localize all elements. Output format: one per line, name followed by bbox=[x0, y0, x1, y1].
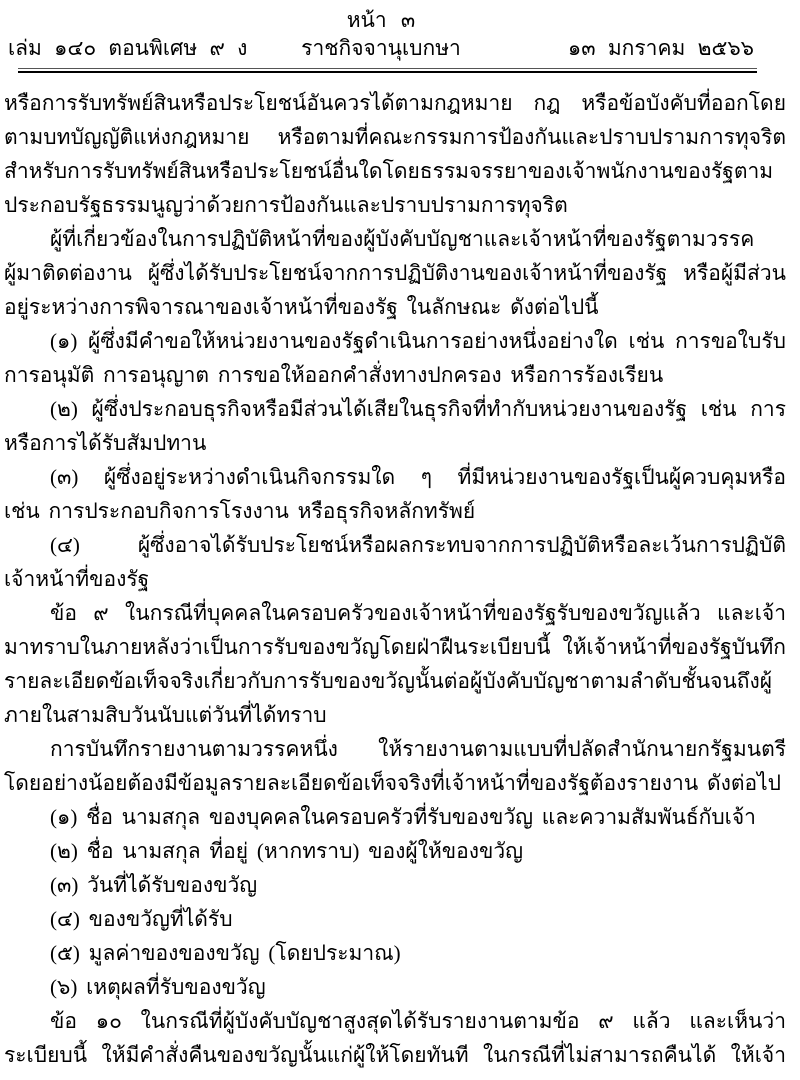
volume-issue: เล่ม ๑๔๐ ตอนพิเศษ ๙ ง bbox=[8, 34, 247, 62]
list-item-line: (๑) ชื่อ นามสกุล ของบุคคลในครอบครัวที่รั… bbox=[4, 800, 786, 834]
list-item-line: (๕) มูลค่าของของขวัญ (โดยประมาณ) bbox=[4, 936, 786, 970]
list-item-line: (๓) ผู้ซึ่งอยู่ระหว่างดำเนินกิจกรรมใด ๆ … bbox=[4, 460, 786, 494]
header-double-rule bbox=[18, 68, 757, 73]
text-line: ประกอบรัฐธรรมนูญว่าด้วยการป้องกันและปราบ… bbox=[4, 188, 786, 222]
text-line: ระเบียบนี้ ให้มีคำสั่งคืนของขวัญนั้นแก่ผ… bbox=[4, 1038, 786, 1072]
publication-date: ๑๓ มกราคม ๒๕๖๖ bbox=[568, 34, 754, 62]
list-item-line: (๒) ชื่อ นามสกุล ที่อยู่ (หากทราบ) ของผู… bbox=[4, 834, 786, 868]
text-line: ภายในสามสิบวันนับแต่วันที่ได้ทราบ bbox=[4, 698, 786, 732]
text-line: หรือการรับทรัพย์สินหรือประโยชน์อันควรได้… bbox=[4, 86, 786, 120]
gazette-document-page: หน้า ๓ ราชกิจจานุเบกษา เล่ม ๑๔๐ ตอนพิเศษ… bbox=[0, 0, 800, 1080]
text-line: การอนุมัติ การอนุญาต การขอให้ออกคำสั่งทา… bbox=[4, 358, 786, 392]
list-item-line: (๒) ผู้ซึ่งประกอบธุรกิจหรือมีส่วนได้เสีย… bbox=[4, 392, 786, 426]
text-line: หรือการได้รับสัมปทาน bbox=[4, 426, 786, 460]
text-line: มาทราบในภายหลังว่าเป็นการรับของขวัญโดยฝ่… bbox=[4, 630, 786, 664]
masthead-row: ราชกิจจานุเบกษา เล่ม ๑๔๐ ตอนพิเศษ ๙ ง ๑๓… bbox=[8, 34, 754, 62]
page-number: หน้า ๓ bbox=[8, 6, 754, 34]
document-body: หรือการรับทรัพย์สินหรือประโยชน์อันควรได้… bbox=[4, 86, 786, 1072]
list-item-line: (๔) ผู้ซึ่งอาจได้รับประโยชน์หรือผลกระทบจ… bbox=[4, 528, 786, 562]
text-line: การบันทึกรายงานตามวรรคหนึ่ง ให้รายงานตาม… bbox=[4, 732, 786, 766]
list-item-line: (๔) ของขวัญที่ได้รับ bbox=[4, 902, 786, 936]
clause-9-line: ข้อ ๙ ในกรณีที่บุคคลในครอบครัวของเจ้าหน้… bbox=[4, 596, 786, 630]
list-item-line: (๖) เหตุผลที่รับของขวัญ bbox=[4, 970, 786, 1004]
list-item-line: (๓) วันที่ได้รับของขวัญ bbox=[4, 868, 786, 902]
page-header: หน้า ๓ ราชกิจจานุเบกษา เล่ม ๑๔๐ ตอนพิเศษ… bbox=[8, 6, 754, 62]
text-line: โดยอย่างน้อยต้องมีข้อมูลรายละเอียดข้อเท็… bbox=[4, 766, 786, 800]
text-line: สำหรับการรับทรัพย์สินหรือประโยชน์อื่นใดโ… bbox=[4, 154, 786, 188]
list-item-line: (๑) ผู้ซึ่งมีคำขอให้หน่วยงานของรัฐดำเนิน… bbox=[4, 324, 786, 358]
text-line: รายละเอียดข้อเท็จจริงเกี่ยวกับการรับของข… bbox=[4, 664, 786, 698]
text-line: ตามบทบัญญัติแห่งกฎหมาย หรือตามที่คณะกรรม… bbox=[4, 120, 786, 154]
text-line: อยู่ระหว่างการพิจารณาของเจ้าหน้าที่ของรั… bbox=[4, 290, 786, 324]
clause-10-line: ข้อ ๑๐ ในกรณีที่ผู้บังคับบัญชาสูงสุดได้ร… bbox=[4, 1004, 786, 1038]
text-line: เจ้าหน้าที่ของรัฐ bbox=[4, 562, 786, 596]
text-line: ผู้มาติดต่องาน ผู้ซึ่งได้รับประโยชน์จากก… bbox=[4, 256, 786, 290]
text-line: เช่น การประกอบกิจการโรงงาน หรือธุรกิจหลั… bbox=[4, 494, 786, 528]
text-line: ผู้ที่เกี่ยวข้องในการปฏิบัติหน้าที่ของผู… bbox=[4, 222, 786, 256]
